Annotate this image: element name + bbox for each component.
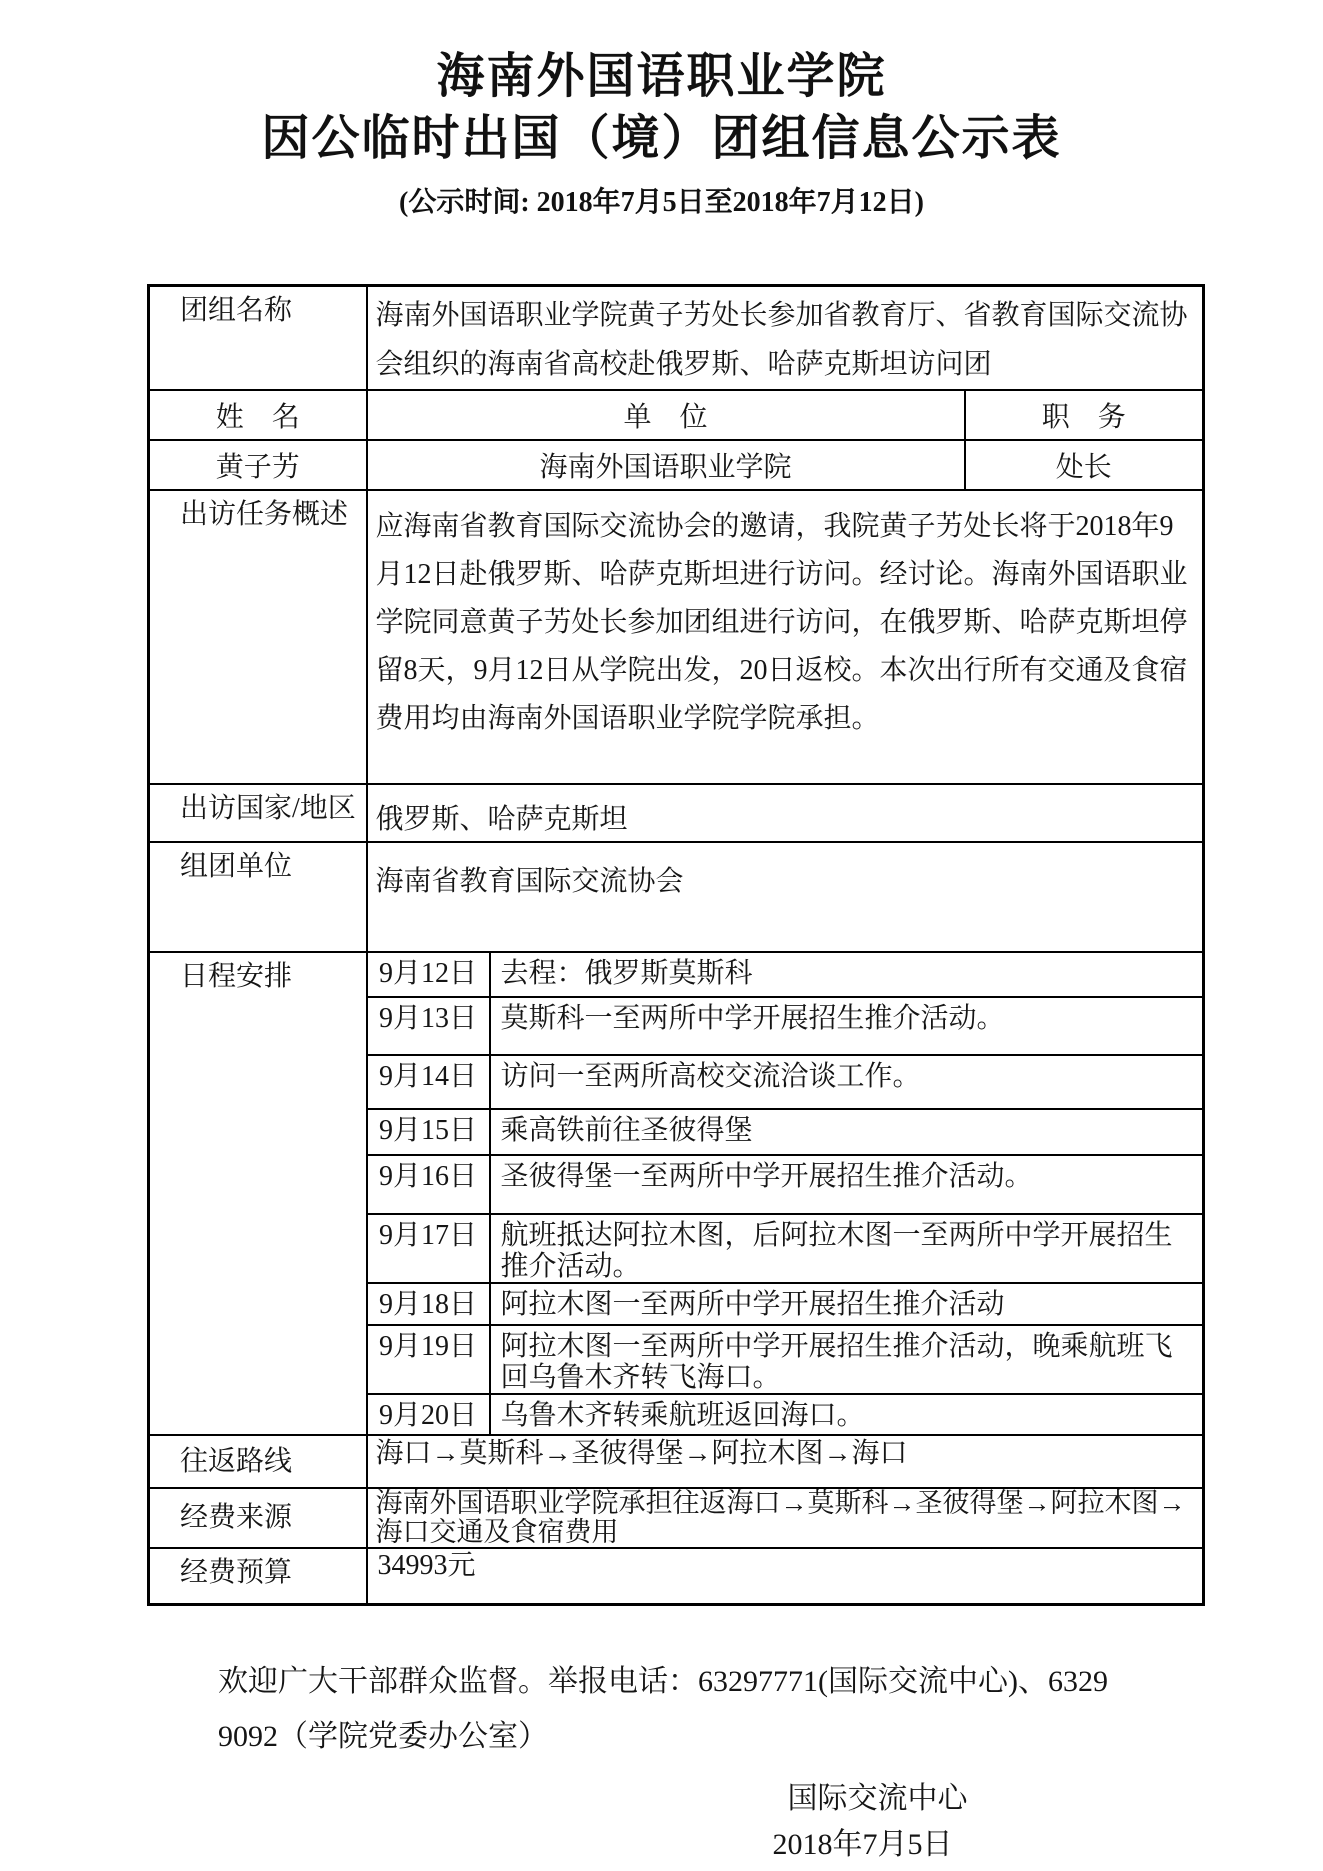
row-mission: 出访任务概述 应海南省教育国际交流协会的邀请，我院黄子艻处长将于2018年9月1… bbox=[149, 490, 1204, 784]
schedule-date: 9月16日 bbox=[367, 1155, 490, 1214]
countries-value: 俄罗斯、哈萨克斯坦 bbox=[367, 784, 1204, 842]
row-funding: 经费来源 海南外国语职业学院承担往返海口→莫斯科→圣彼得堡→阿拉木图→海口交通及… bbox=[149, 1488, 1204, 1548]
schedule-date: 9月15日 bbox=[367, 1109, 490, 1155]
mission-label: 出访任务概述 bbox=[149, 490, 367, 784]
schedule-desc: 阿拉木图一至两所中学开展招生推介活动 bbox=[490, 1283, 1204, 1325]
header-name: 姓 名 bbox=[149, 390, 367, 440]
group-name-value: 海南外国语职业学院黄子艻处长参加省教育厅、省教育国际交流协会组织的海南省高校赴俄… bbox=[367, 286, 1204, 391]
schedule-desc: 圣彼得堡一至两所中学开展招生推介活动。 bbox=[490, 1155, 1204, 1214]
schedule-row: 日程安排 9月12日 去程：俄罗斯莫斯科 bbox=[149, 952, 1204, 997]
organizer-value: 海南省教育国际交流协会 bbox=[367, 842, 1204, 952]
row-member-header: 姓 名 单 位 职 务 bbox=[149, 390, 1204, 440]
schedule-desc: 访问一至两所高校交流洽谈工作。 bbox=[490, 1055, 1204, 1109]
schedule-desc: 去程：俄罗斯莫斯科 bbox=[490, 952, 1204, 997]
row-member: 黄子艻 海南外国语职业学院 处长 bbox=[149, 440, 1204, 490]
schedule-desc: 乌鲁木齐转乘航班返回海口。 bbox=[490, 1394, 1204, 1435]
public-notice-document: { "page": { "title_line1": "海南外国语职业学院", … bbox=[0, 0, 1323, 1871]
notice-table: 团组名称 海南外国语职业学院黄子艻处长参加省教育厅、省教育国际交流协会组织的海南… bbox=[147, 284, 1205, 1606]
group-name-label: 团组名称 bbox=[149, 286, 367, 391]
budget-label: 经费预算 bbox=[149, 1548, 367, 1604]
member-duty: 处长 bbox=[965, 440, 1204, 490]
row-countries: 出访国家/地区 俄罗斯、哈萨克斯坦 bbox=[149, 784, 1204, 842]
member-name: 黄子艻 bbox=[149, 440, 367, 490]
mission-value: 应海南省教育国际交流协会的邀请，我院黄子艻处长将于2018年9月12日赴俄罗斯、… bbox=[367, 490, 1204, 784]
organizer-label: 组团单位 bbox=[149, 842, 367, 952]
schedule-label: 日程安排 bbox=[149, 952, 367, 1435]
funding-value: 海南外国语职业学院承担往返海口→莫斯科→圣彼得堡→阿拉木图→海口交通及食宿费用 bbox=[367, 1488, 1204, 1548]
title-line-2: 因公临时出国（境）团组信息公示表 bbox=[0, 108, 1323, 170]
issuing-department: 国际交流中心 bbox=[700, 1782, 1055, 1816]
publicity-period: (公示时间: 2018年7月5日至2018年7月12日) bbox=[0, 186, 1323, 220]
schedule-desc: 航班抵达阿拉木图，后阿拉木图一至两所中学开展招生推介活动。 bbox=[490, 1214, 1204, 1283]
schedule-desc: 乘高铁前往圣彼得堡 bbox=[490, 1109, 1204, 1155]
member-unit: 海南外国语职业学院 bbox=[367, 440, 965, 490]
schedule-date: 9月13日 bbox=[367, 997, 490, 1055]
header-unit: 单 位 bbox=[367, 390, 965, 440]
schedule-desc: 莫斯科一至两所中学开展招生推介活动。 bbox=[490, 997, 1204, 1055]
schedule-date: 9月14日 bbox=[367, 1055, 490, 1109]
route-label: 往返路线 bbox=[149, 1435, 367, 1488]
row-route: 往返路线 海口→莫斯科→圣彼得堡→阿拉木图→海口 bbox=[149, 1435, 1204, 1488]
title-line-1: 海南外国语职业学院 bbox=[0, 46, 1323, 108]
row-group-name: 团组名称 海南外国语职业学院黄子艻处长参加省教育厅、省教育国际交流协会组织的海南… bbox=[149, 286, 1204, 391]
countries-label: 出访国家/地区 bbox=[149, 784, 367, 842]
budget-value: 34993元 bbox=[367, 1548, 1204, 1604]
header-duty: 职 务 bbox=[965, 390, 1204, 440]
schedule-date: 9月17日 bbox=[367, 1214, 490, 1283]
schedule-date: 9月18日 bbox=[367, 1283, 490, 1325]
funding-label: 经费来源 bbox=[149, 1488, 367, 1548]
row-budget: 经费预算 34993元 bbox=[149, 1548, 1204, 1604]
supervision-notice: 欢迎广大干部群众监督。举报电话：63297771(国际交流中心)、6329909… bbox=[218, 1654, 1118, 1764]
document-header: 海南外国语职业学院 因公临时出国（境）团组信息公示表 (公示时间: 2018年7… bbox=[0, 0, 1323, 220]
row-organizer: 组团单位 海南省教育国际交流协会 bbox=[149, 842, 1204, 952]
schedule-date: 9月12日 bbox=[367, 952, 490, 997]
issue-date: 2018年7月5日 bbox=[685, 1828, 1040, 1862]
schedule-date: 9月19日 bbox=[367, 1325, 490, 1394]
schedule-date: 9月20日 bbox=[367, 1394, 490, 1435]
schedule-desc: 阿拉木图一至两所中学开展招生推介活动，晚乘航班飞回乌鲁木齐转飞海口。 bbox=[490, 1325, 1204, 1394]
route-value: 海口→莫斯科→圣彼得堡→阿拉木图→海口 bbox=[367, 1435, 1204, 1488]
